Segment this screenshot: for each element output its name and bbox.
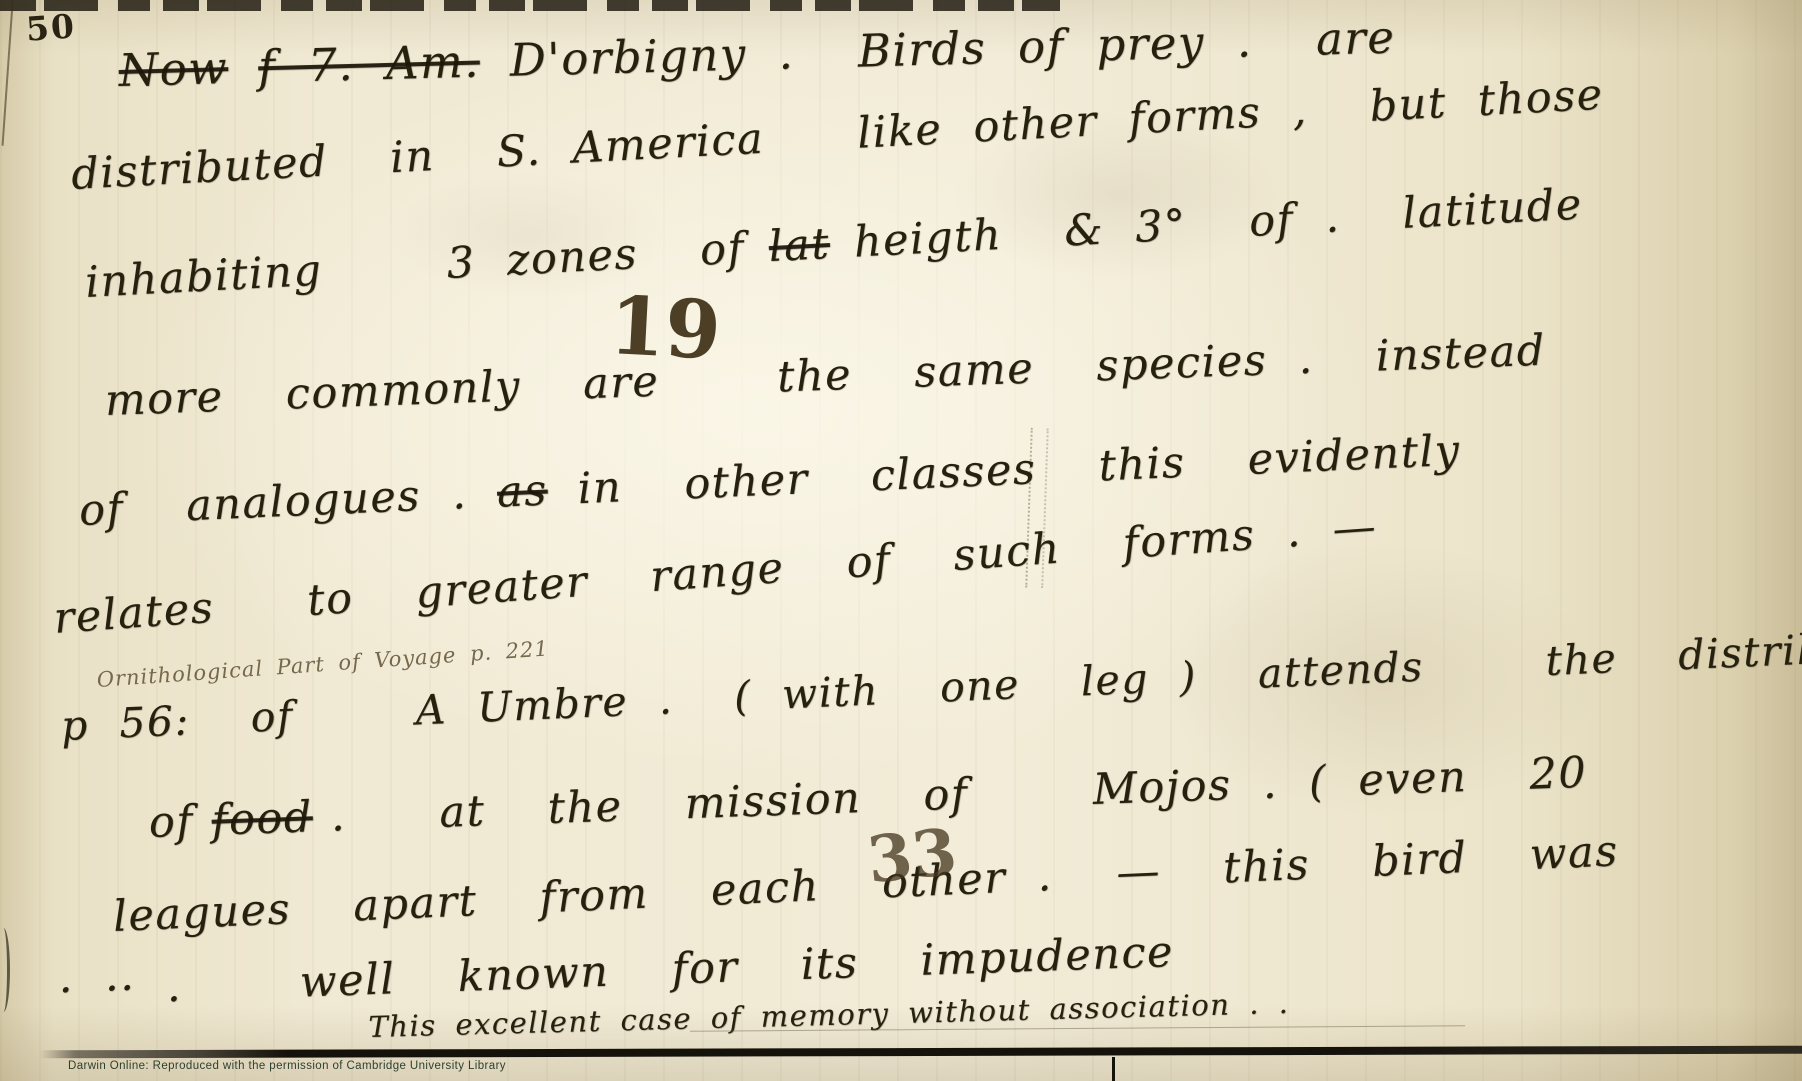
handwritten-text: — this bird was — [1115, 826, 1619, 898]
line-umbre: p 56: of A Umbre . ( with one leg ) atte… — [60, 618, 1802, 750]
footer-credit: Darwin Online: Reproduced with the permi… — [68, 1060, 506, 1072]
struck-text: lat — [767, 219, 831, 272]
struck-text: food — [211, 792, 314, 846]
bottom-ink-band — [40, 1046, 1802, 1059]
handwritten-text: · ·· . — [58, 962, 183, 1016]
handwritten-text: the same species . instead — [776, 326, 1546, 403]
line-inhabiting: inhabiting 3 zones oflatheigth & 3° of .… — [84, 180, 1584, 308]
page-number: 50 — [25, 6, 78, 48]
struck-text: f 7. Am. — [257, 35, 480, 94]
handwritten-text: of — [148, 796, 195, 848]
handwritten-text: in other classes this evidently — [577, 426, 1462, 514]
line-more-commonly: more commonly arethe same species . inst… — [104, 326, 1546, 426]
page-edge-ink-mark — [0, 928, 10, 1012]
handwritten-text: D'orbigny . Birds of prey . are — [509, 11, 1396, 87]
line-dorbigny-birds: Nowf 7. Am.D'orbigny . Birds of prey . a… — [118, 11, 1396, 97]
inserted-archival-number: 33 — [864, 815, 960, 899]
ink-tick-mark — [1112, 1057, 1115, 1081]
struck-text: Now — [118, 41, 229, 97]
manuscript-page: 50 Nowf 7. Am.D'orbigny . Birds of prey … — [0, 0, 1802, 1081]
struck-text: as — [496, 466, 549, 518]
handwritten-text: more commonly are — [104, 357, 660, 426]
handwritten-text: . at the mission of Mojos . ( even 20 — [330, 748, 1588, 842]
handwritten-text: of analogues . — [78, 469, 468, 536]
page-top-edge-fragments — [0, 0, 1060, 11]
handwritten-text: heigth & 3° of . latitude — [853, 180, 1584, 268]
handwritten-text: p 56: of A Umbre . ( with one leg ) atte… — [60, 618, 1802, 750]
inserted-archival-number: 19 — [607, 278, 723, 378]
page-left-edge — [2, 0, 14, 146]
